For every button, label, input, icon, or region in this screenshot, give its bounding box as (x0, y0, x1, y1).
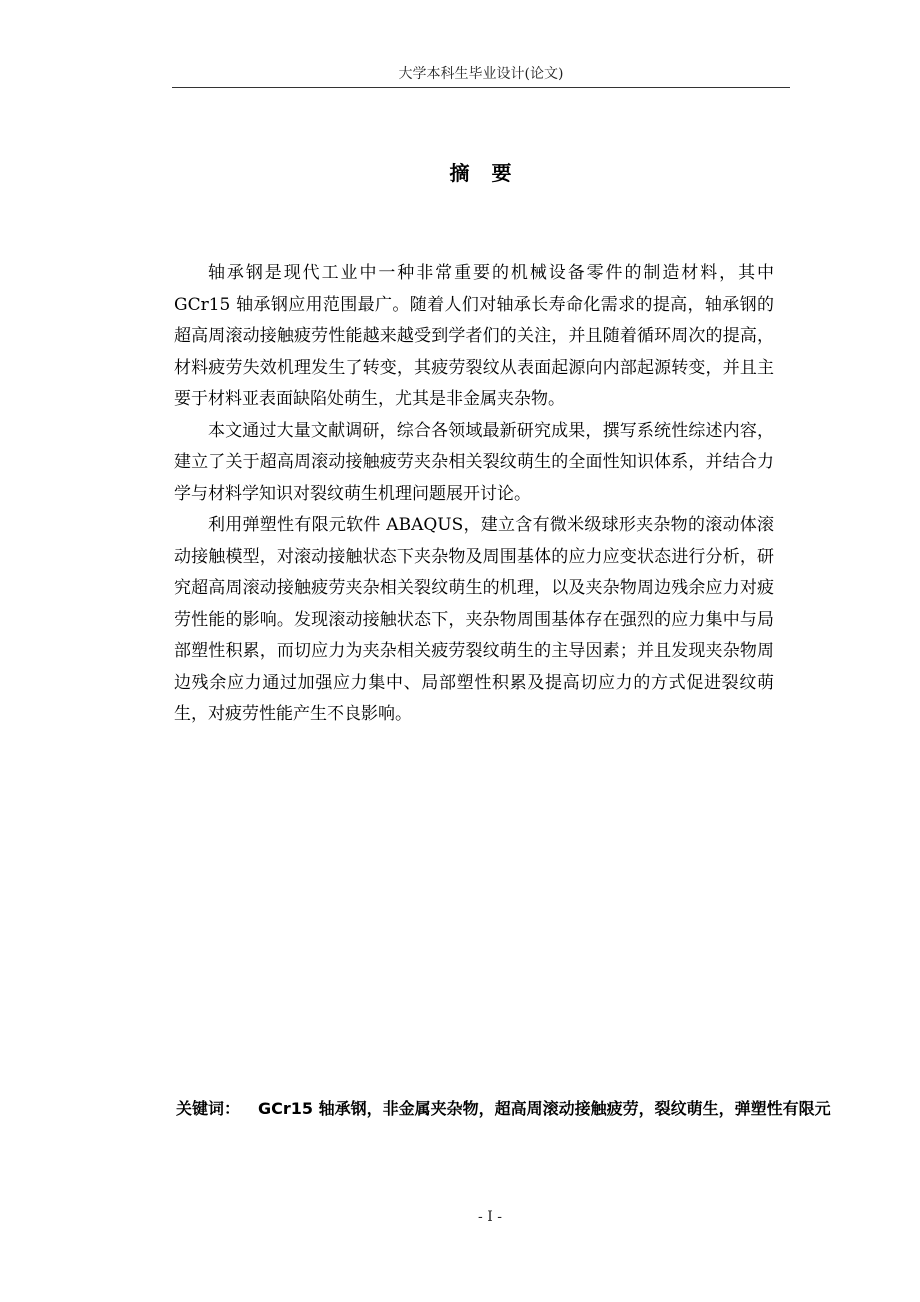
keywords-section: 关键词： GCr15 轴承钢，非金属夹杂物，超高周滚动接触疲劳，裂纹萌生，弹塑性… (176, 1097, 846, 1121)
abstract-paragraph-2: 本文通过大量文献调研，综合各领域最新研究成果，撰写系统性综述内容，建立了关于超高… (174, 416, 774, 511)
abstract-body: 轴承钢是现代工业中一种非常重要的机械设备零件的制造材料，其中GCr15 轴承钢应… (174, 258, 774, 731)
abstract-paragraph-1: 轴承钢是现代工业中一种非常重要的机械设备零件的制造材料，其中GCr15 轴承钢应… (174, 258, 774, 416)
page-number: - I - (420, 1207, 560, 1227)
abstract-paragraph-3: 利用弹塑性有限元软件 ABAQUS，建立含有微米级球形夹杂物的滚动体滚动接触模型… (174, 510, 774, 731)
abstract-title: 摘 要 (172, 160, 790, 186)
keywords-label: 关键词： (176, 1097, 258, 1121)
keywords-value: GCr15 轴承钢，非金属夹杂物，超高周滚动接触疲劳，裂纹萌生，弹塑性有限元 (258, 1097, 846, 1121)
running-header: 大学本科生毕业设计(论文) (172, 64, 790, 84)
header-divider (172, 87, 790, 88)
